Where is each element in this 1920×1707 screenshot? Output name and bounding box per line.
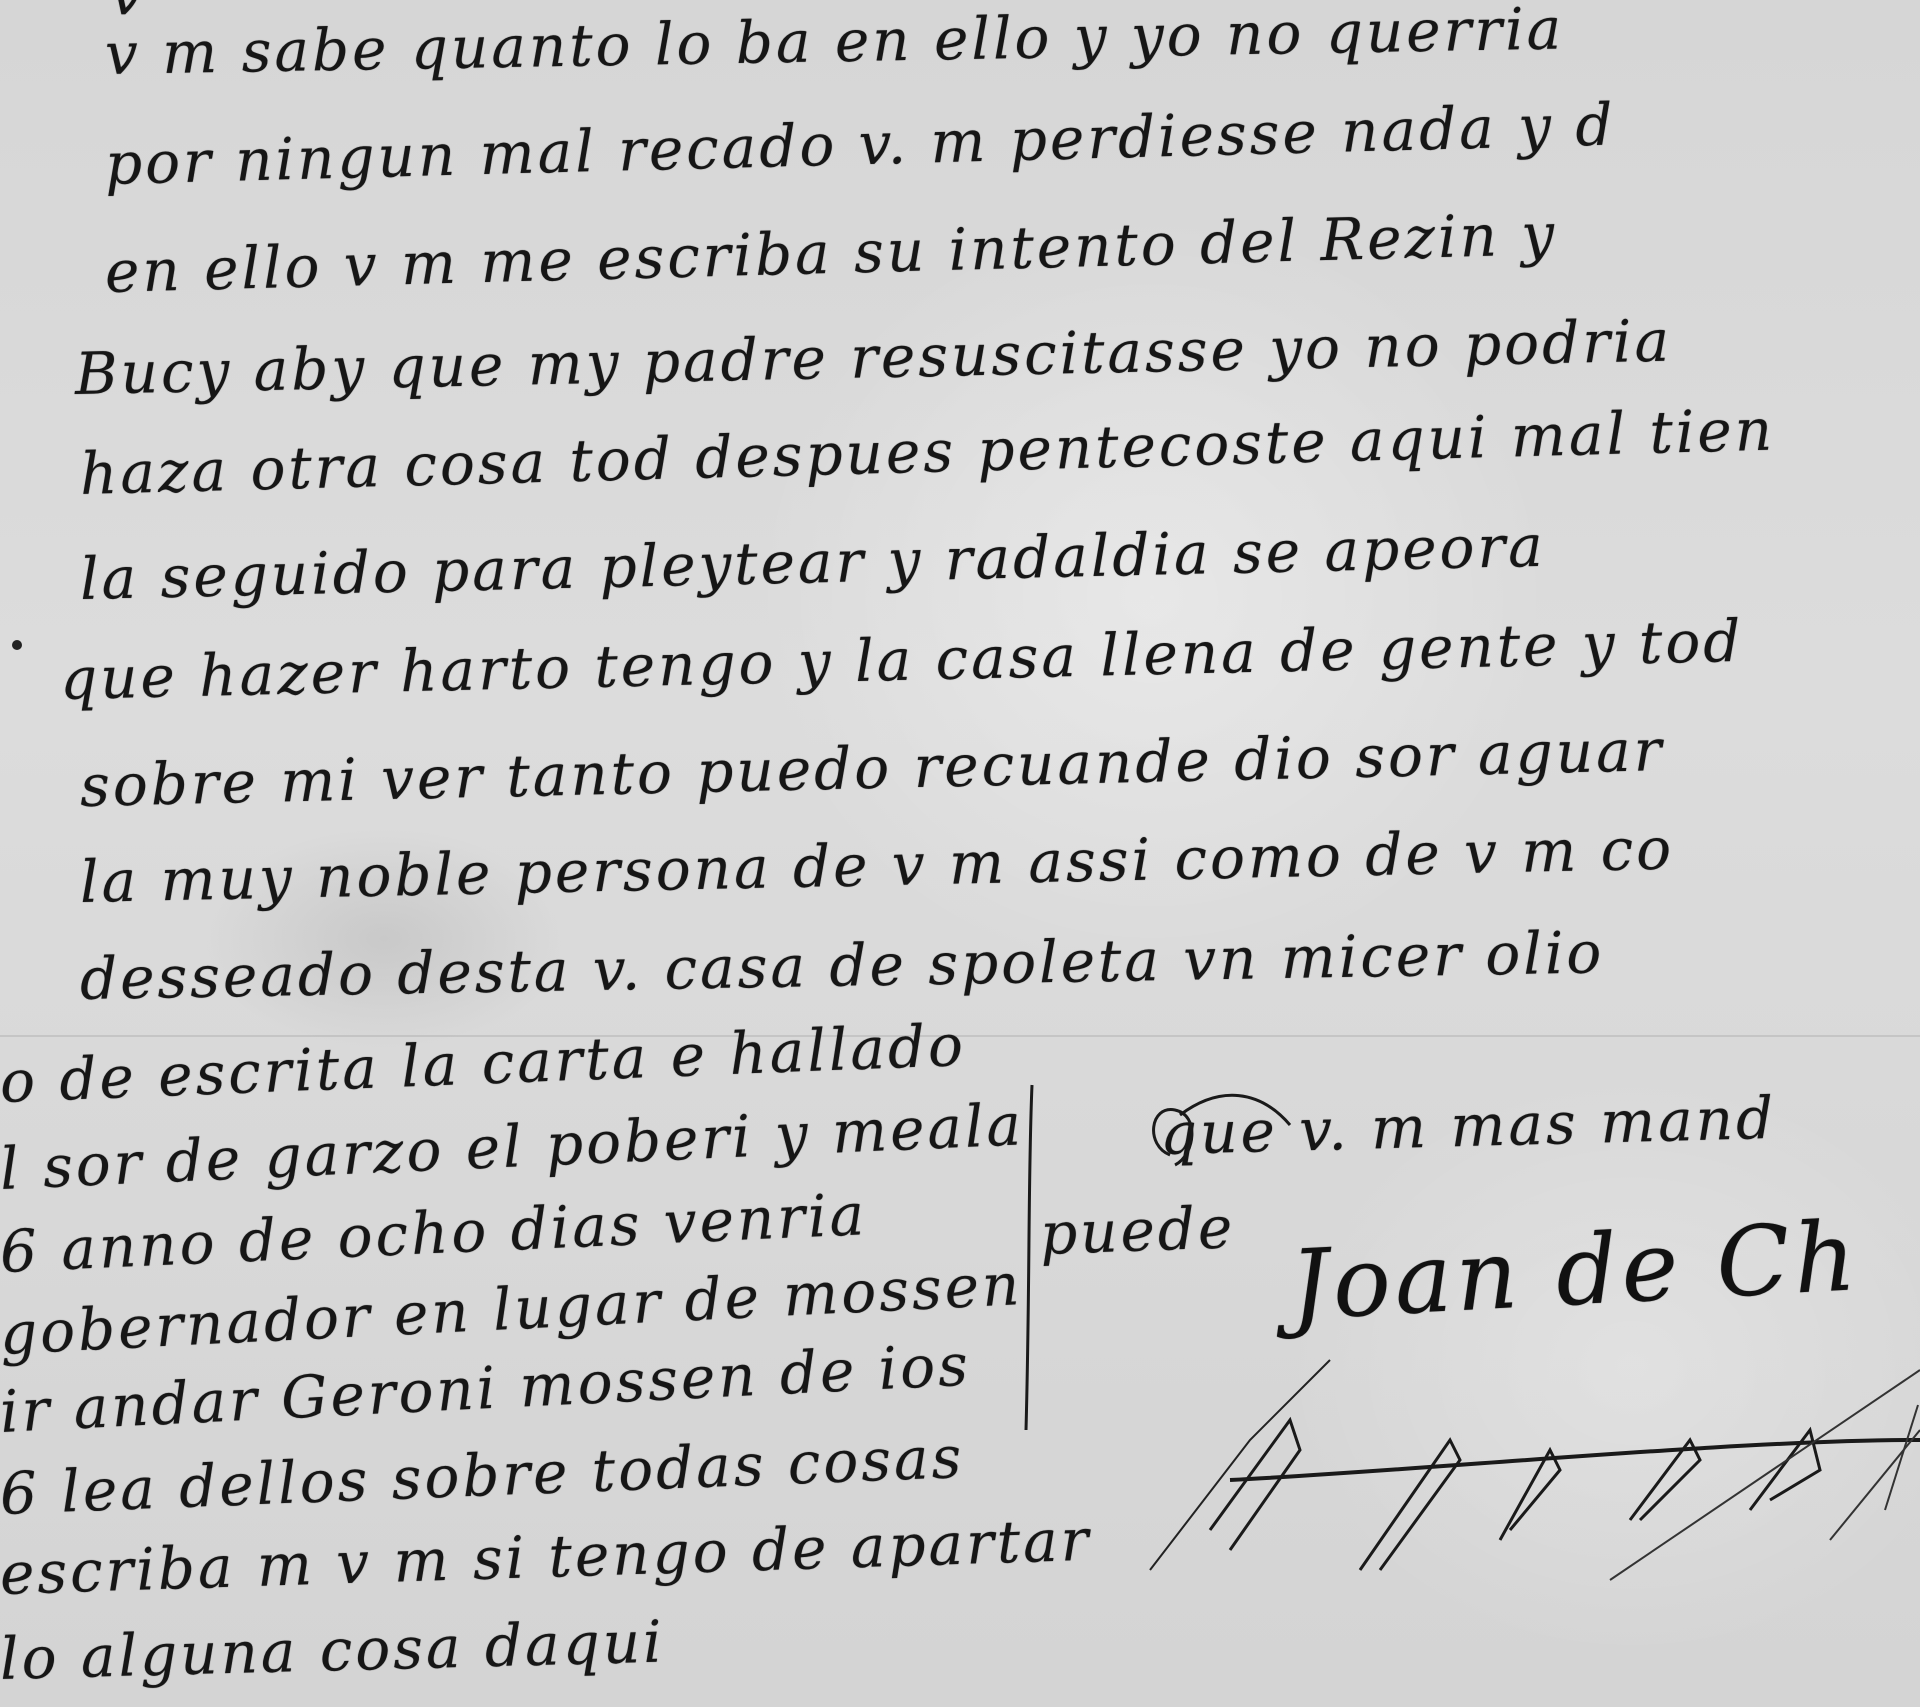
manuscript-line: por ningun mal recado v. m perdiesse nad… [104,90,1616,198]
manuscript-line: lo alguna cosa daqui [0,1608,665,1693]
que-abbreviation-glyph [1140,1085,1300,1195]
manuscript-line: sobre mi ver tanto puedo recuande dio so… [79,716,1665,820]
margin-bracket-line [1010,1080,1050,1440]
edge-slash-mark [1880,1400,1920,1520]
manuscript-line: la seguido para pleytear y radaldia se a… [79,512,1546,613]
manuscript-line: v m sabe quanto lo ba en ello y yo no qu… [104,0,1564,88]
top-fragment: v [110,0,146,28]
manuscript-line: en ello v m me escriba su intento del Re… [104,200,1558,306]
manuscript-line: que hazer harto tengo y la casa llena de… [59,607,1744,713]
signature-rubric-flourish [1130,1300,1920,1590]
manuscript-line: la muy noble persona de v m assi como de… [79,815,1674,916]
manuscript-line: haza otra cosa tod despues pentecoste aq… [79,396,1776,508]
manuscript-line: Bucy aby que my padre resuscitasse yo no… [74,307,1672,408]
ink-dot [12,640,22,650]
manuscript-line: desseado desta v. casa de spoleta vn mic… [79,918,1604,1013]
manuscript-page: v m sabe quanto lo ba en ello y yo no qu… [0,0,1920,1707]
marginal-note: puede [1039,1193,1237,1268]
